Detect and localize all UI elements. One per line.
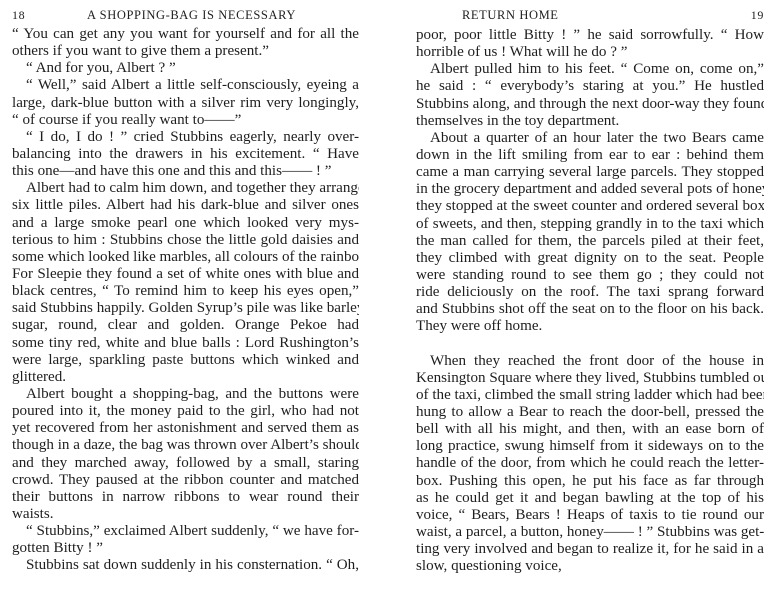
text-line: large, dark-blue button with a silver ri… — [12, 95, 359, 112]
page-number: 18 — [12, 7, 25, 23]
text-line: terious to him : Stubbins chose the litt… — [12, 232, 359, 249]
text-line: gotten Bitty ! ” — [12, 540, 359, 557]
text-line: Kensington Square where they lived, Stub… — [416, 370, 764, 387]
text-line: some which looked like marbles, all colo… — [12, 249, 359, 266]
text-line: of sweets, and then, stepping grandly in… — [416, 216, 764, 233]
text-line: box. Pushing this open, he put his face … — [416, 473, 764, 490]
text-line: “ Well,” said Albert a little self-consc… — [12, 77, 359, 94]
page-number: 19 — [751, 7, 764, 23]
text-line: waists. — [12, 506, 359, 523]
text-line: some tiny red, white and blue balls : Lo… — [12, 335, 359, 352]
text-line: yet recovered from her astonishment and … — [12, 420, 359, 437]
running-head: RETURN HOME — [462, 7, 559, 23]
text-line: and Stubbins shot off the seat on to the… — [416, 301, 764, 318]
text-line: voice, “ Bears, Bears ! Heaps of taxis t… — [416, 507, 764, 524]
text-line: “ of course if you really want to——” — [12, 112, 359, 129]
text-line: Stubbins along, and through the next doo… — [416, 96, 764, 113]
text-line: poor, poor little Bitty ! ” he said sorr… — [416, 27, 764, 44]
text-line: of the taxi, climbed the small string la… — [416, 387, 764, 404]
text-line: came a man carrying several large parcel… — [416, 164, 764, 181]
text-line: waist, a parcel, a button, honey—— ! ” S… — [416, 524, 764, 541]
text-line: were standing round to see them go ; the… — [416, 267, 764, 284]
right-page: RETURN HOME 19 poor, poor little Bitty !… — [392, 0, 775, 591]
text-line: and they marched away, followed by a sma… — [12, 455, 359, 472]
text-line: themselves in the toy department. — [416, 113, 764, 130]
text-line: were large, sparkling paste buttons whic… — [12, 352, 359, 369]
text-line: Albert pulled him to his feet. “ Come on… — [416, 61, 764, 78]
text-line: poured into it, the money paid to the gi… — [12, 403, 359, 420]
text-line: bell with all his might, and then, with … — [416, 421, 764, 438]
text-line: “ Stubbins,” exclaimed Albert suddenly, … — [12, 523, 359, 540]
text-line: slow, questioning voice, — [416, 558, 764, 575]
text-line — [416, 336, 764, 353]
text-line: they stopped at the sweet counter and or… — [416, 198, 764, 215]
text-line: glittered. — [12, 369, 359, 386]
text-line: said Stubbins happily. Golden Syrup’s pi… — [12, 300, 359, 317]
left-page-header: 18 A SHOPPING-BAG IS NECESSARY — [12, 7, 360, 23]
text-line: though in a daze, the bag was thrown ove… — [12, 437, 359, 454]
text-line: long practice, swung himself from it sid… — [416, 438, 764, 455]
text-line: “ I do, I do ! ” cried Stubbins eagerly,… — [12, 129, 359, 146]
text-line: others if you want to give them a presen… — [12, 43, 359, 60]
left-page-body: “ You can get any you want for yourself … — [12, 26, 359, 575]
text-line: “ And for you, Albert ? ” — [12, 60, 359, 77]
text-line: crowd. They paused at the ribbon counter… — [12, 472, 359, 489]
text-line: they climbed with great dignity on to th… — [416, 250, 764, 267]
text-line: When they reached the front door of the … — [416, 353, 764, 370]
text-line: ting very involved and began to realize … — [416, 541, 764, 558]
text-line: their buttons in narrow ribbons to wear … — [12, 489, 359, 506]
text-line: six little piles. Albert had his dark-bl… — [12, 197, 359, 214]
text-line: “ You can get any you want for yourself … — [12, 26, 359, 43]
text-line: Albert bought a shopping-bag, and the bu… — [12, 386, 359, 403]
text-line: sugar, round, clear and golden. Orange P… — [12, 317, 359, 334]
text-line: They were off home. — [416, 318, 764, 335]
left-page: 18 A SHOPPING-BAG IS NECESSARY “ You can… — [0, 0, 392, 591]
text-line: For Sleepie they found a set of white on… — [12, 266, 359, 283]
text-line: Stubbins sat down suddenly in his conste… — [12, 557, 359, 574]
text-line: handle of the door, from which he could … — [416, 455, 764, 472]
text-line: and a large smoke pearl one which looked… — [12, 215, 359, 232]
text-line: ride deliciously on the roof. The taxi s… — [416, 284, 764, 301]
text-line: About a quarter of an hour later the two… — [416, 130, 764, 147]
text-line: as he could get it and began bawling at … — [416, 490, 764, 507]
text-line: balancing into the drawers in his excite… — [12, 146, 359, 163]
text-line: he said : “ everybody’s staring at you.”… — [416, 78, 764, 95]
text-line: Albert had to calm him down, and togethe… — [12, 180, 359, 197]
text-line: black centres, “ To remind him to keep h… — [12, 283, 359, 300]
text-line: horrible of us ! What will he do ? ” — [416, 44, 764, 61]
text-line: hung to allow a Bear to reach the door-b… — [416, 404, 764, 421]
text-line: this one—and have this one and this and … — [12, 163, 359, 180]
text-line: the man called for them, the parcels pil… — [416, 233, 764, 250]
text-line: down in the lift smiling from ear to ear… — [416, 147, 764, 164]
running-head: A SHOPPING-BAG IS NECESSARY — [87, 7, 296, 23]
right-page-body: poor, poor little Bitty ! ” he said sorr… — [416, 27, 764, 575]
right-page-header: RETURN HOME 19 — [416, 7, 764, 23]
text-line: in the grocery department and added seve… — [416, 181, 764, 198]
